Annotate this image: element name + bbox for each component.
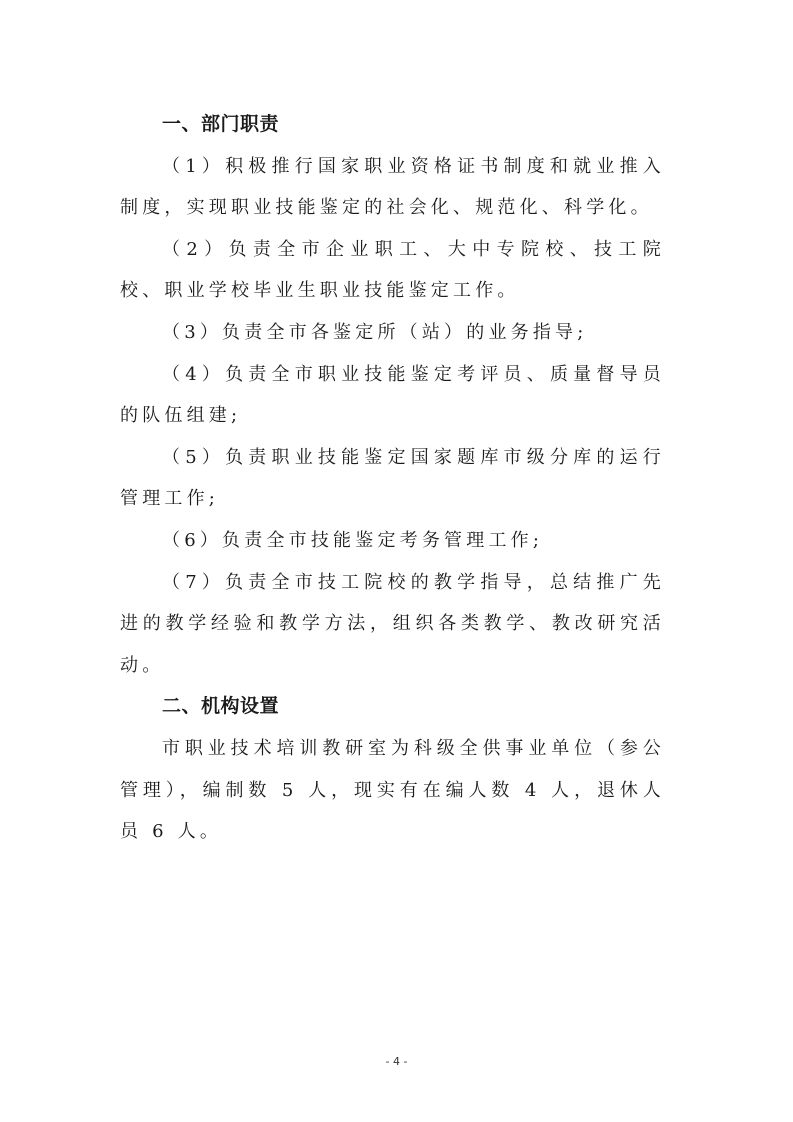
duty-item-2: （2）负责全市企业职工、大中专院校、技工院校、职业学校毕业生职业技能鉴定工作。 <box>120 229 665 312</box>
duty-item-1: （1）积极推行国家职业资格证书制度和就业推入制度，实现职业技能鉴定的社会化、规范… <box>120 146 665 229</box>
document-page: 一、部门职责 （1）积极推行国家职业资格证书制度和就业推入制度，实现职业技能鉴定… <box>120 104 665 853</box>
duty-item-3: （3）负责全市各鉴定所（站）的业务指导; <box>120 312 665 354</box>
page-number: - 4 - <box>0 1055 793 1068</box>
section-heading-organization: 二、机构设置 <box>120 686 665 728</box>
duty-item-4: （4）负责全市职业技能鉴定考评员、质量督导员的队伍组建; <box>120 354 665 437</box>
organization-paragraph: 市职业技术培训教研室为科级全供事业单位（参公管理），编制数 5 人，现实有在编人… <box>120 728 665 853</box>
duty-item-6: （6）负责全市技能鉴定考务管理工作; <box>120 520 665 562</box>
duty-item-7: （7）负责全市技工院校的教学指导，总结推广先进的教学经验和教学方法，组织各类教学… <box>120 562 665 687</box>
section-heading-duties: 一、部门职责 <box>120 104 665 146</box>
duty-item-5: （5）负责职业技能鉴定国家题库市级分库的运行管理工作; <box>120 437 665 520</box>
